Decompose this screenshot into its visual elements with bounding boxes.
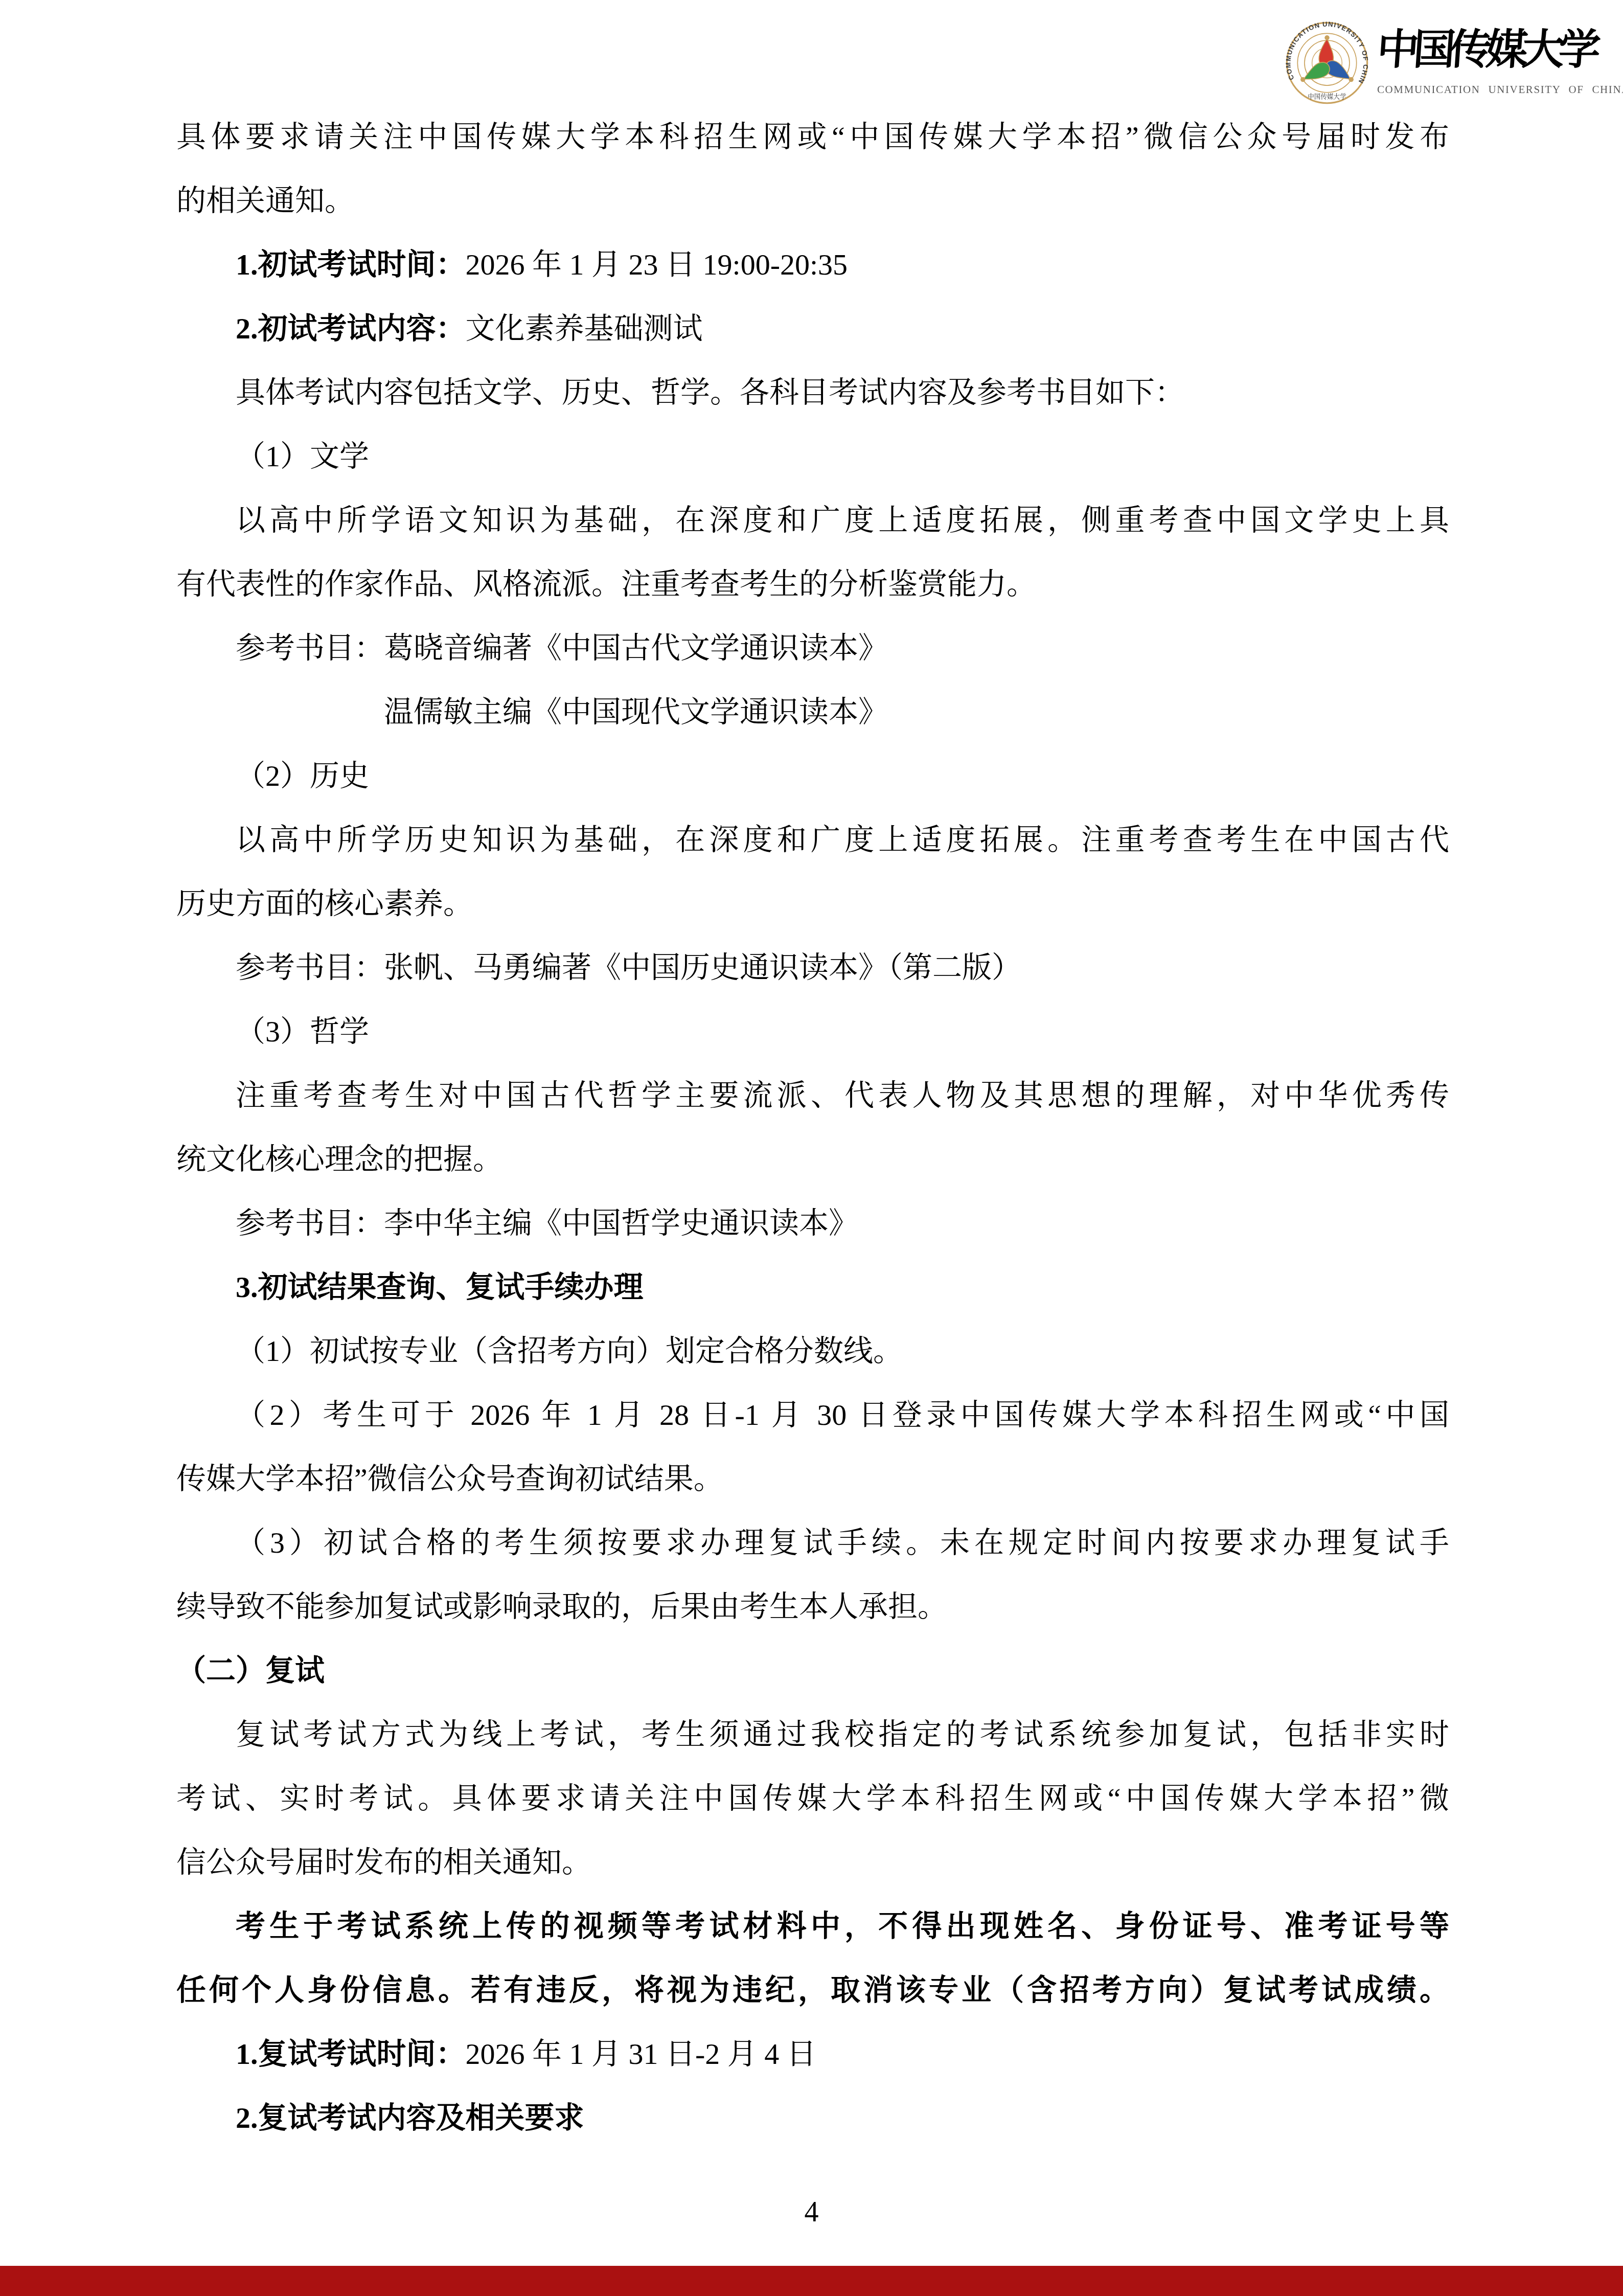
text-segment: 2026 年 1 月 31 日-2 月 4 日 — [466, 2037, 816, 2071]
text-segment-bold: 1.复试考试时间： — [236, 2037, 466, 2071]
text-segment: 以高中所学历史知识为基础，在深度和广度上适度拓展。注重考查考生在中国古代 — [236, 823, 1449, 856]
text-line: 2.初试考试内容：文化素养基础测试 — [176, 297, 1449, 360]
footer-accent-bar — [0, 2266, 1623, 2296]
text-line: 以高中所学历史知识为基础，在深度和广度上适度拓展。注重考查考生在中国古代 — [176, 808, 1449, 872]
text-segment: 温儒敏主编《中国现代文学通识读本》 — [384, 695, 888, 729]
text-line: （3）哲学 — [176, 999, 1449, 1063]
seal-pinwheel-icon — [1300, 35, 1354, 86]
text-segment: 以高中所学语文知识为基础，在深度和广度上适度拓展，侧重考查中国文学史上具 — [236, 504, 1449, 537]
text-segment: （1）初试按专业（含招考方向）划定合格分数线。 — [236, 1334, 903, 1368]
text-line: （1）文学 — [176, 424, 1449, 488]
text-line: 参考书目：葛晓音编著《中国古代文学通识读本》 — [176, 616, 1449, 680]
text-segment: （1）文学 — [236, 440, 369, 473]
university-name-en: COMMUNICATION UNIVERSITY OF CHINA — [1377, 83, 1623, 96]
text-line: 复试考试方式为线上考试，考生须通过我校指定的考试系统参加复试，包括非实时 — [176, 1702, 1449, 1766]
text-line: 3.初试结果查询、复试手续办理 — [176, 1255, 1449, 1319]
text-segment-bold: 任何个人身份信息。若有违反，将视为违纪，取消该专业（含招考方向）复试考试成绩。 — [176, 1973, 1449, 2007]
text-line: （3）初试合格的考生须按要求办理复试手续。未在规定时间内按要求办理复试手 — [176, 1511, 1449, 1575]
text-line: 考试、实时考试。具体要求请关注中国传媒大学本科招生网或“中国传媒大学本招”微 — [176, 1766, 1449, 1830]
text-segment: 2026 年 1 月 23 日 19:00-20:35 — [466, 248, 848, 281]
text-segment: 传媒大学本招”微信公众号查询初试结果。 — [176, 1462, 723, 1495]
document-page: COMMUNICATION UNIVERSITY OF CHINA 中国传媒大学… — [0, 0, 1623, 2296]
text-segment-bold: 2.初试考试内容： — [236, 312, 466, 345]
text-segment: 的相关通知。 — [176, 184, 354, 217]
text-segment: （2）考生可于 2026 年 1 月 28 日-1 月 30 日登录中国传媒大学… — [236, 1398, 1449, 1431]
text-segment: 信公众号届时发布的相关通知。 — [176, 1846, 591, 1879]
text-segment: 考试、实时考试。具体要求请关注中国传媒大学本科招生网或“中国传媒大学本招”微 — [176, 1782, 1449, 1815]
text-line: 传媒大学本招”微信公众号查询初试结果。 — [176, 1447, 1449, 1511]
text-segment: 复试考试方式为线上考试，考生须通过我校指定的考试系统参加复试，包括非实时 — [236, 1718, 1449, 1751]
text-segment: （3）初试合格的考生须按要求办理复试手续。未在规定时间内按要求办理复试手 — [236, 1526, 1449, 1559]
text-line: 以高中所学语文知识为基础，在深度和广度上适度拓展，侧重考查中国文学史上具 — [176, 488, 1449, 552]
text-line: 的相关通知。 — [176, 169, 1449, 233]
seal-bottom-text: 中国传媒大学 — [1308, 93, 1346, 100]
text-segment-bold: 1.初试考试时间： — [236, 248, 466, 281]
text-line: （二）复试 — [176, 1639, 1449, 1702]
text-segment-bold: 2.复试考试内容及相关要求 — [236, 2101, 584, 2134]
university-name-zh: 中国传媒大学 — [1375, 18, 1623, 81]
text-segment: 具体要求请关注中国传媒大学本科招生网或“中国传媒大学本招”微信公众号届时发布 — [176, 120, 1449, 153]
text-line: （2）历史 — [176, 744, 1449, 808]
text-segment-bold: 考生于考试系统上传的视频等考试材料中，不得出现姓名、身份证号、准考证号等 — [236, 1909, 1449, 1943]
text-line: 统文化核心理念的把握。 — [176, 1127, 1449, 1191]
text-line: 任何个人身份信息。若有违反，将视为违纪，取消该专业（含招考方向）复试考试成绩。 — [176, 1958, 1449, 2022]
text-line: 续导致不能参加复试或影响录取的，后果由考生本人承担。 — [176, 1575, 1449, 1639]
text-segment-bold: 3.初试结果查询、复试手续办理 — [236, 1270, 644, 1304]
page-number: 4 — [0, 2196, 1623, 2229]
text-segment: 具体考试内容包括文学、历史、哲学。各科目考试内容及参考书目如下： — [236, 376, 1184, 409]
text-line: 具体要求请关注中国传媒大学本科招生网或“中国传媒大学本招”微信公众号届时发布 — [176, 105, 1449, 169]
text-line: （1）初试按专业（含招考方向）划定合格分数线。 — [176, 1319, 1449, 1383]
text-segment: 统文化核心理念的把握。 — [176, 1143, 502, 1176]
logo-text-block: 中国传媒大学 COMMUNICATION UNIVERSITY OF CHINA — [1377, 18, 1623, 96]
text-segment: 参考书目：李中华主编《中国哲学史通识读本》 — [236, 1207, 858, 1240]
text-segment: （3）哲学 — [236, 1015, 369, 1048]
text-line: 信公众号届时发布的相关通知。 — [176, 1830, 1449, 1894]
text-segment: 参考书目：葛晓音编著《中国古代文学通识读本》 — [236, 631, 888, 665]
text-segment: 注重考查考生对中国古代哲学主要流派、代表人物及其思想的理解，对中华优秀传 — [236, 1079, 1449, 1112]
text-segment: 历史方面的核心素养。 — [176, 887, 473, 920]
text-segment: （2）历史 — [236, 759, 369, 792]
text-line: 1.复试考试时间：2026 年 1 月 31 日-2 月 4 日 — [176, 2022, 1449, 2086]
text-segment: 参考书目：张帆、马勇编著《中国历史通识读本》（第二版） — [236, 951, 1021, 984]
text-line: 1.初试考试时间：2026 年 1 月 23 日 19:00-20:35 — [176, 233, 1449, 297]
text-line: 参考书目：张帆、马勇编著《中国历史通识读本》（第二版） — [176, 936, 1449, 999]
text-line: 参考书目：李中华主编《中国哲学史通识读本》 — [176, 1191, 1449, 1255]
university-logo: COMMUNICATION UNIVERSITY OF CHINA 中国传媒大学… — [1284, 18, 1623, 106]
text-line: 注重考查考生对中国古代哲学主要流派、代表人物及其思想的理解，对中华优秀传 — [176, 1063, 1449, 1127]
text-line: 考生于考试系统上传的视频等考试材料中，不得出现姓名、身份证号、准考证号等 — [176, 1894, 1449, 1958]
document-body: 具体要求请关注中国传媒大学本科招生网或“中国传媒大学本招”微信公众号届时发布的相… — [176, 105, 1449, 2150]
text-line: 2.复试考试内容及相关要求 — [176, 2086, 1449, 2150]
text-segment-bold: （二）复试 — [176, 1654, 325, 1687]
university-seal-icon: COMMUNICATION UNIVERSITY OF CHINA 中国传媒大学 — [1284, 18, 1370, 106]
text-line: 具体考试内容包括文学、历史、哲学。各科目考试内容及参考书目如下： — [176, 360, 1449, 424]
text-line: 历史方面的核心素养。 — [176, 872, 1449, 936]
text-segment: 有代表性的作家作品、风格流派。注重考查考生的分析鉴赏能力。 — [176, 567, 1036, 601]
text-segment: 续导致不能参加复试或影响录取的，后果由考生本人承担。 — [176, 1590, 947, 1623]
text-line: 温儒敏主编《中国现代文学通识读本》 — [176, 680, 1449, 744]
text-line: （2）考生可于 2026 年 1 月 28 日-1 月 30 日登录中国传媒大学… — [176, 1383, 1449, 1447]
text-segment: 文化素养基础测试 — [466, 312, 703, 345]
text-line: 有代表性的作家作品、风格流派。注重考查考生的分析鉴赏能力。 — [176, 552, 1449, 616]
